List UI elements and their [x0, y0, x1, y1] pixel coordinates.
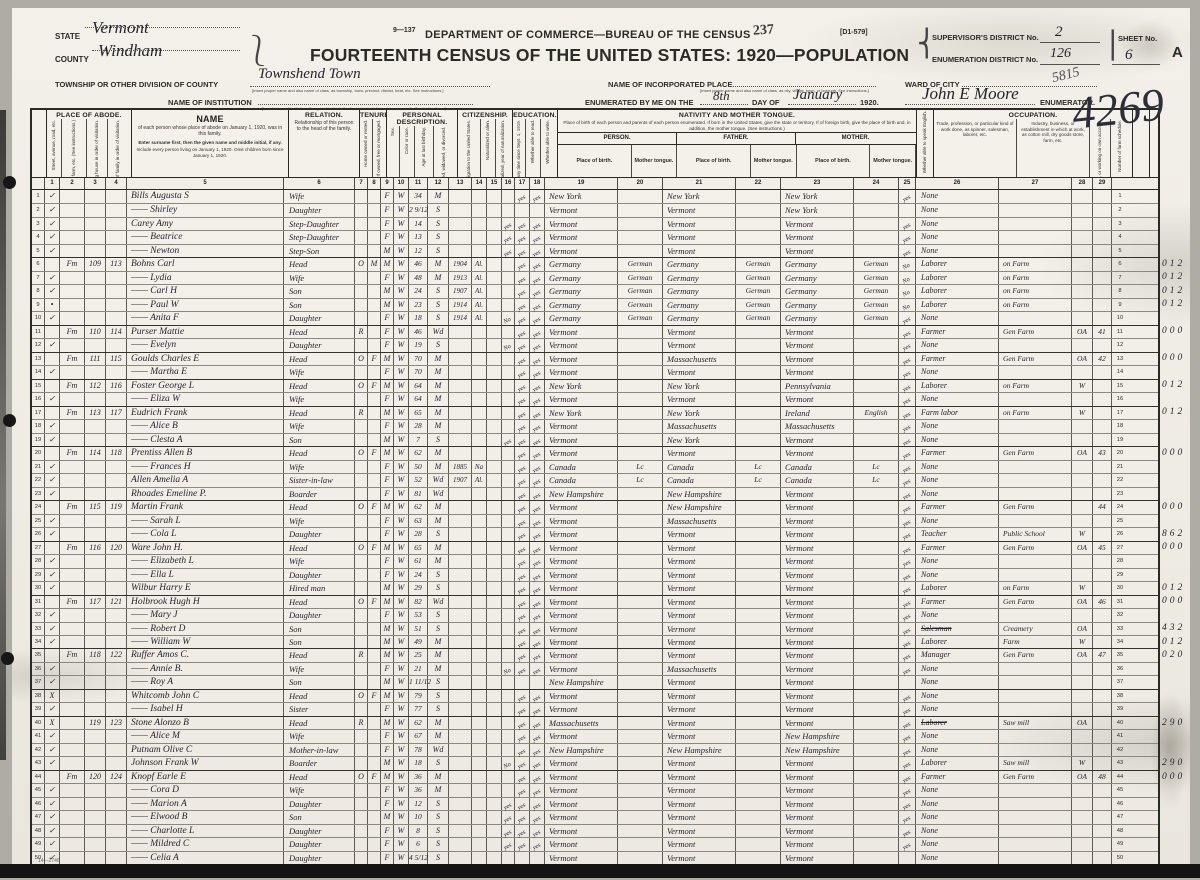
cell-col1: ✓ — [45, 515, 60, 527]
cell-col28 — [1072, 231, 1093, 243]
cell-col11: 21 — [409, 663, 428, 675]
cell-col8: F — [368, 501, 381, 513]
cell-col8 — [368, 663, 381, 675]
cell-col4 — [106, 703, 127, 715]
cell-col4 — [106, 190, 127, 203]
cell-col3 — [85, 663, 106, 675]
cell-col25: yes — [899, 326, 916, 338]
cell-col8 — [368, 299, 381, 311]
cell-col16 — [502, 285, 515, 297]
cell-col7: R — [355, 407, 368, 419]
cell-col26: Salesman — [916, 623, 999, 635]
cell-col24 — [854, 339, 899, 351]
cell-col11: 1 11/12 — [409, 676, 428, 688]
cell-col7: R — [355, 326, 368, 338]
cell-col12: Wd — [428, 474, 449, 486]
cell-col8 — [368, 488, 381, 500]
cell-col5: —— Celia A — [127, 852, 284, 864]
cell-col3 — [85, 623, 106, 635]
cell-col5: —— Newton — [127, 245, 284, 257]
cell-col2 — [60, 852, 85, 864]
cell-col12: M — [428, 663, 449, 675]
cell-col12: M — [428, 649, 449, 661]
cell-col6: Head — [284, 326, 355, 338]
cell-col17: yes — [515, 258, 530, 270]
cell-col6: Head — [284, 542, 355, 554]
cell-col18: yes — [530, 744, 545, 756]
cell-col20 — [618, 811, 663, 823]
cell-col10: W — [394, 434, 409, 446]
cell-col20 — [618, 784, 663, 796]
cell-col1: ✓ — [45, 434, 60, 446]
cell-col28 — [1072, 663, 1093, 675]
cell-col14 — [472, 231, 487, 243]
cell-col27: on Farm — [999, 258, 1072, 270]
cell-col19: Vermont — [545, 811, 618, 823]
cell-col1: ✓ — [45, 366, 60, 378]
cell-col28 — [1072, 218, 1093, 230]
cell-col1: X — [45, 717, 60, 729]
table-row: 16✓—— Eliza WWifeFW64MyesyesVermontVermo… — [32, 392, 1158, 405]
cell-col13 — [449, 730, 472, 742]
cell-col26: None — [916, 744, 999, 756]
cell-col11: 62 — [409, 501, 428, 513]
cell-col15 — [487, 380, 502, 392]
cell-col20 — [618, 488, 663, 500]
cell-col24 — [854, 231, 899, 243]
cell-col5: Putnam Olive C — [127, 744, 284, 756]
cell-col17: yes — [515, 461, 530, 473]
cell-col27 — [999, 190, 1072, 203]
cell-col22 — [736, 326, 781, 338]
cell-col10: W — [394, 420, 409, 432]
cell-col7 — [355, 555, 368, 567]
enumeration-district-label: ENUMERATION DISTRICT No. — [932, 55, 1038, 64]
cell-col9: F — [381, 663, 394, 675]
cell-col26: Manager — [916, 649, 999, 661]
cell-col18: yes — [530, 636, 545, 648]
cell-col1: ✓ — [45, 312, 60, 324]
cell-col25: yes — [899, 353, 916, 365]
cell-col3: 110 — [85, 326, 106, 338]
cell-col21: Vermont — [663, 555, 736, 567]
cell-col19: Vermont — [545, 447, 618, 459]
cell-col4 — [106, 312, 127, 324]
cell-col14 — [472, 434, 487, 446]
cell-col27 — [999, 663, 1072, 675]
margin-tally: 012 — [1162, 299, 1185, 309]
cell-col11: 28 — [409, 420, 428, 432]
cell-col4 — [106, 784, 127, 796]
cell-col7 — [355, 190, 368, 203]
cell-col25: yes — [899, 609, 916, 621]
cell-col25: No — [899, 285, 916, 297]
cell-col15 — [487, 190, 502, 203]
cell-col21: Vermont — [663, 771, 736, 783]
cell-col12: S — [428, 676, 449, 688]
cell-col8 — [368, 717, 381, 729]
cell-col23: Vermont — [781, 434, 854, 446]
cell-col5: Carey Amy — [127, 218, 284, 230]
margin-tally: 000 — [1162, 326, 1185, 336]
cell-col2: Fm — [60, 407, 85, 419]
cell-col21: Vermont — [663, 811, 736, 823]
cell-col18: yes — [530, 663, 545, 675]
cell-col23: Massachusetts — [781, 420, 854, 432]
cell-col1: X — [45, 690, 60, 702]
cell-col24 — [854, 353, 899, 365]
cell-col28 — [1072, 798, 1093, 810]
cell-col5: —— Robert D — [127, 623, 284, 635]
cell-col15 — [487, 623, 502, 635]
cell-col24 — [854, 636, 899, 648]
cell-col10: W — [394, 784, 409, 796]
cell-col11: 29 — [409, 582, 428, 594]
cell-col27 — [999, 798, 1072, 810]
cell-col7: O — [355, 771, 368, 783]
column-group: EDUCATION.Attended school any time since… — [513, 110, 558, 177]
cell-col26: None — [916, 245, 999, 257]
cell-col9: M — [381, 636, 394, 648]
cell-col16 — [502, 380, 515, 392]
table-row: 17Fm113117Eudrich FrankHeadRMW65MyesyesN… — [32, 406, 1158, 419]
cell-col27 — [999, 245, 1072, 257]
cell-col14 — [472, 218, 487, 230]
cell-col10: W — [394, 528, 409, 540]
cell-col11: 7 — [409, 434, 428, 446]
cell-col12: S — [428, 582, 449, 594]
cell-col13 — [449, 609, 472, 621]
column-group: PLACE OF ABODE.Street, avenue, road, etc… — [47, 110, 132, 177]
cell-col24 — [854, 784, 899, 796]
cell-col20 — [618, 190, 663, 203]
cell-col14 — [472, 676, 487, 688]
cell-col26: Laborer — [916, 258, 999, 270]
cell-col29 — [1093, 623, 1112, 635]
cell-col2 — [60, 703, 85, 715]
cell-col15 — [487, 353, 502, 365]
cell-col22 — [736, 218, 781, 230]
cell-col16 — [502, 407, 515, 419]
cell-col7 — [355, 218, 368, 230]
cell-col19: New Hampshire — [545, 676, 618, 688]
cell-col15 — [487, 717, 502, 729]
cell-col25: yes — [899, 231, 916, 243]
cell-col24 — [854, 744, 899, 756]
cell-col12: M — [428, 636, 449, 648]
cell-col16 — [502, 461, 515, 473]
cell-col20: German — [618, 312, 663, 324]
cell-col19: Vermont — [545, 771, 618, 783]
cell-col9: F — [381, 204, 394, 216]
cell-col13 — [449, 690, 472, 702]
cell-col21: Vermont — [663, 636, 736, 648]
cell-col13 — [449, 555, 472, 567]
cell-col8: F — [368, 542, 381, 554]
cell-col22 — [736, 407, 781, 419]
cell-col20 — [618, 339, 663, 351]
cell-col14: Al. — [472, 272, 487, 284]
cell-col12: Wd — [428, 488, 449, 500]
township-label: TOWNSHIP OR OTHER DIVISION OF COUNTY — [55, 80, 218, 89]
cell-col9: F — [381, 555, 394, 567]
cell-col26: Laborer — [916, 299, 999, 311]
cell-col15 — [487, 771, 502, 783]
cell-col7 — [355, 420, 368, 432]
cell-col7 — [355, 285, 368, 297]
cell-col3: 114 — [85, 447, 106, 459]
cell-col16 — [502, 596, 515, 608]
column-group: CITIZENSHIP.Year of immigration to the U… — [458, 110, 513, 177]
margin-tally: 290 — [1162, 758, 1185, 768]
cell-col13 — [449, 798, 472, 810]
cell-col9: M — [381, 434, 394, 446]
cell-col29 — [1093, 420, 1112, 432]
cell-col10: W — [394, 798, 409, 810]
cell-col27: Gen Farm — [999, 771, 1072, 783]
cell-col23: Vermont — [781, 542, 854, 554]
cell-col6: Son — [284, 636, 355, 648]
cell-col21: Vermont — [663, 784, 736, 796]
cell-col14 — [472, 649, 487, 661]
cell-col6: Daughter — [284, 339, 355, 351]
cell-col1: ✓ — [45, 528, 60, 540]
cell-col8: F — [368, 596, 381, 608]
cell-col7 — [355, 204, 368, 216]
cell-col28: W — [1072, 757, 1093, 769]
table-row: 33✓—— Robert DSonMW51SyesyesVermontVermo… — [32, 622, 1158, 635]
cell-col16: yes — [502, 798, 515, 810]
cell-col23: Vermont — [781, 852, 854, 864]
cell-col13 — [449, 393, 472, 405]
cell-col3 — [85, 582, 106, 594]
cell-col15 — [487, 542, 502, 554]
cell-col2 — [60, 434, 85, 446]
cell-col15 — [487, 730, 502, 742]
cell-col2: Fm — [60, 353, 85, 365]
cell-col24 — [854, 326, 899, 338]
cell-col25: yes — [899, 245, 916, 257]
cell-col29 — [1093, 609, 1112, 621]
cell-col27 — [999, 690, 1072, 702]
cell-col3 — [85, 285, 106, 297]
cell-col1: ✓ — [45, 798, 60, 810]
census-scan-page: { "colors": {"ink": "#24242f", "paper": … — [0, 0, 1200, 880]
cell-col21: Canada — [663, 461, 736, 473]
table-row: 3✓Carey AmyStep-DaughterFW14SyesyesyesVe… — [32, 217, 1158, 230]
cell-col19: Vermont — [545, 703, 618, 715]
cell-col23: Germany — [781, 258, 854, 270]
cell-col27: on Farm — [999, 407, 1072, 419]
county-label: COUNTY — [55, 55, 89, 64]
cell-col22 — [736, 204, 781, 216]
cell-col3 — [85, 825, 106, 837]
cell-col1: ✓ — [45, 703, 60, 715]
cell-col12: S — [428, 434, 449, 446]
cell-col24: German — [854, 258, 899, 270]
table-row: 15Fm112116Foster George LHeadOFMW64Myesy… — [32, 379, 1158, 392]
cell-col25: yes — [899, 447, 916, 459]
cell-col13: 1907 — [449, 474, 472, 486]
cell-col19: New Hampshire — [545, 744, 618, 756]
cell-col20: German — [618, 272, 663, 284]
cell-col23: Vermont — [781, 784, 854, 796]
cell-col9: F — [381, 825, 394, 837]
cell-col11: 28 — [409, 528, 428, 540]
cell-col27: Farm — [999, 636, 1072, 648]
cell-col24 — [854, 420, 899, 432]
cell-col7: O — [355, 501, 368, 513]
cell-col5: —— Carl H — [127, 285, 284, 297]
cell-col2 — [60, 245, 85, 257]
cell-col28: W — [1072, 407, 1093, 419]
cell-col26: Laborer — [916, 582, 999, 594]
cell-col16: yes — [502, 434, 515, 446]
cell-col16 — [502, 299, 515, 311]
cell-col29 — [1093, 838, 1112, 850]
cell-col28: W — [1072, 582, 1093, 594]
cell-col17: yes — [515, 744, 530, 756]
cell-col3 — [85, 420, 106, 432]
cell-col3: 109 — [85, 258, 106, 270]
cell-col22: German — [736, 299, 781, 311]
cell-col25: yes — [899, 825, 916, 837]
cell-col6: Son — [284, 676, 355, 688]
cell-col11: 25 — [409, 649, 428, 661]
cell-col25: yes — [899, 649, 916, 661]
cell-col25: yes — [899, 542, 916, 554]
cell-col5: Ruffer Amos C. — [127, 649, 284, 661]
cell-col19: Vermont — [545, 542, 618, 554]
cell-col28 — [1072, 825, 1093, 837]
cell-col9: F — [381, 339, 394, 351]
cell-col26: None — [916, 838, 999, 850]
cell-col27 — [999, 676, 1072, 688]
cell-col1 — [45, 447, 60, 459]
cell-col15 — [487, 596, 502, 608]
cell-col13 — [449, 703, 472, 715]
cell-col7: O — [355, 447, 368, 459]
cell-col19: Vermont — [545, 784, 618, 796]
cell-col12: S — [428, 312, 449, 324]
cell-col20 — [618, 636, 663, 648]
cell-col26: Teacher — [916, 528, 999, 540]
cell-col8 — [368, 231, 381, 243]
cell-col5: —— Frances H — [127, 461, 284, 473]
cell-col3: 113 — [85, 407, 106, 419]
cell-col24: German — [854, 312, 899, 324]
cell-col28 — [1072, 811, 1093, 823]
census-table: PLACE OF ABODE.Street, avenue, road, etc… — [30, 108, 1160, 866]
cell-col4 — [106, 555, 127, 567]
cell-col9: M — [381, 717, 394, 729]
cell-col24 — [854, 663, 899, 675]
margin-tally: 012 — [1162, 407, 1185, 417]
cell-col26: None — [916, 798, 999, 810]
cell-col8 — [368, 676, 381, 688]
cell-col21: Vermont — [663, 326, 736, 338]
cell-col8 — [368, 393, 381, 405]
cell-col2: Fm — [60, 447, 85, 459]
margin-tally: 000 — [1162, 542, 1185, 552]
cell-col20 — [618, 393, 663, 405]
sheet-value: 6 — [1125, 47, 1133, 64]
cell-col10: W — [394, 690, 409, 702]
margin-tally: 012 — [1162, 583, 1185, 593]
margin-tally: 012 — [1162, 637, 1185, 647]
cell-col6: Daughter — [284, 528, 355, 540]
cell-col9: F — [381, 231, 394, 243]
cell-col7 — [355, 582, 368, 594]
cell-col15 — [487, 838, 502, 850]
cell-col5: Allen Amelia A — [127, 474, 284, 486]
cell-col27 — [999, 744, 1072, 756]
cell-col20: Lc — [618, 474, 663, 486]
cell-col18: yes — [530, 838, 545, 850]
cell-col23: Vermont — [781, 717, 854, 729]
cell-col19: Vermont — [545, 757, 618, 769]
cell-col12: S — [428, 690, 449, 702]
doc-code: [D1-579] — [840, 29, 868, 36]
cell-col16 — [502, 636, 515, 648]
cell-col13 — [449, 771, 472, 783]
cell-col7 — [355, 676, 368, 688]
cell-col13: 1885 — [449, 461, 472, 473]
cell-col24: English — [854, 407, 899, 419]
cell-col7 — [355, 528, 368, 540]
cell-col10: W — [394, 461, 409, 473]
cell-col17: yes — [515, 312, 530, 324]
cell-col20 — [618, 771, 663, 783]
cell-col6: Head — [284, 649, 355, 661]
margin-tally: 290 — [1162, 718, 1185, 728]
cell-col20 — [618, 353, 663, 365]
cell-col18: yes — [530, 703, 545, 715]
cell-col6: Daughter — [284, 569, 355, 581]
cell-col7: O — [355, 596, 368, 608]
cell-col23: Vermont — [781, 488, 854, 500]
cell-col4: 124 — [106, 771, 127, 783]
column-group: Whether able to speak English. — [917, 110, 934, 177]
cell-col22 — [736, 353, 781, 365]
cell-col12: M — [428, 380, 449, 392]
cell-col19: Vermont — [545, 420, 618, 432]
cell-col8 — [368, 434, 381, 446]
cell-col18: yes — [530, 515, 545, 527]
cell-col9: M — [381, 596, 394, 608]
cell-col15 — [487, 784, 502, 796]
cell-col24 — [854, 488, 899, 500]
cell-col29 — [1093, 811, 1112, 823]
cell-col18: yes — [530, 380, 545, 392]
cell-col14 — [472, 703, 487, 715]
cell-col2 — [60, 272, 85, 284]
cell-col21: Vermont — [663, 825, 736, 837]
cell-col11: 8 — [409, 825, 428, 837]
cell-col24 — [854, 771, 899, 783]
cell-col13: 1907 — [449, 285, 472, 297]
cell-col8 — [368, 326, 381, 338]
cell-col26: Farmer — [916, 542, 999, 554]
cell-col18: yes — [530, 623, 545, 635]
cell-col7 — [355, 663, 368, 675]
cell-col29 — [1093, 312, 1112, 324]
cell-col27: on Farm — [999, 299, 1072, 311]
cell-col20 — [618, 420, 663, 432]
cell-col19: Vermont — [545, 852, 618, 864]
cell-col1: ✓ — [45, 852, 60, 864]
cell-col23: Vermont — [781, 757, 854, 769]
